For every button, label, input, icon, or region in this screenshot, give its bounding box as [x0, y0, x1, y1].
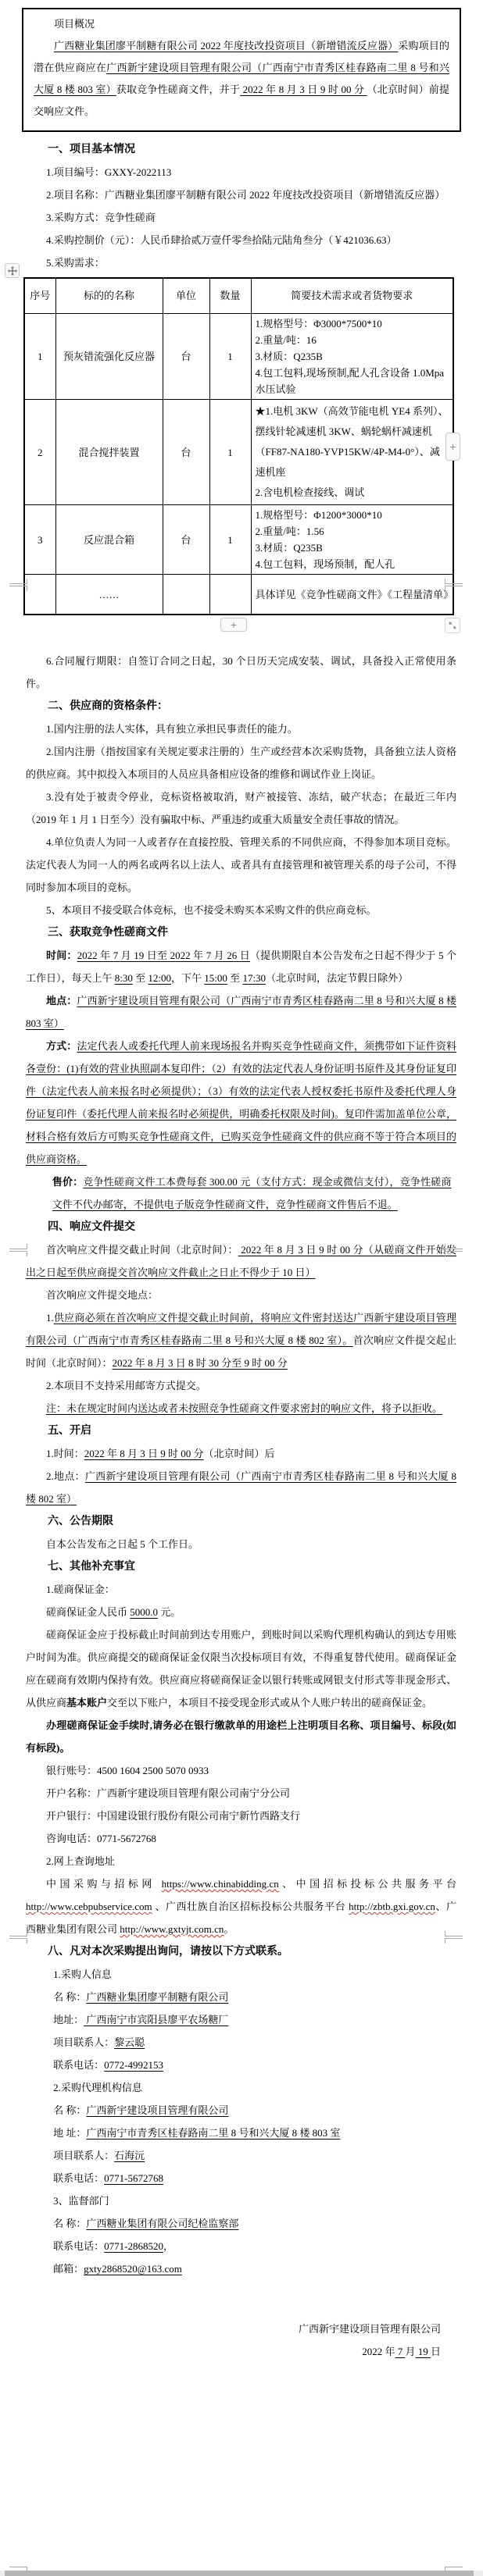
text-run: 5000.0	[130, 1606, 158, 1618]
paragraph: 磋商保证金应于投标截止时间前到达专用账户，到账时间以采购代理机构确认的到达专用账…	[26, 1623, 456, 1714]
text-run: 月	[405, 2346, 415, 2357]
url-text: http://zbtb.gxi.gov.cn	[349, 1901, 435, 1912]
text-run: 广西新宇建设项目管理有限公司（广西南宁市青秀区桂春路南二里 8 号和兴大厦 8 …	[26, 995, 456, 1029]
paragraph: 方式：法定代表人或委托代理人前来现场报名并购买竞争性磋商文件，须携带如下证件资料…	[26, 1035, 456, 1170]
text-run: 项目联系人：	[53, 2036, 114, 2048]
paragraph: 1.供应商必须在首次响应文件提交截止时间前，将响应文件密封送达广西新宇建设项目管…	[26, 1306, 456, 1374]
section-heading: 七、其他补充事宜	[26, 1555, 456, 1578]
section-heading: 四、响应文件提交	[26, 1216, 456, 1238]
table-cell: 台	[163, 505, 209, 575]
paragraph: 银行账号：4500 1604 2500 5070 0933	[26, 1759, 456, 1782]
text-run: 中国采购与招标网	[46, 1878, 162, 1890]
text-run: 黎云聪	[114, 2036, 145, 2048]
text-run: 广西糖业集团廖平制糖有限公司	[86, 1991, 228, 2003]
text-run: 售价：	[52, 1176, 84, 1188]
text-run: 2.地点：	[46, 1470, 85, 1482]
horizontal-scrollbar[interactable]	[0, 2571, 483, 2576]
paragraph: 项目联系人：黎云聪	[26, 2031, 456, 2054]
paragraph: 2.地点：广西新宇建设项目管理有限公司（广西南宁市青秀区桂春路南二里 8 号和兴…	[26, 1465, 456, 1510]
paragraph: 联系电话：0771-5672768	[26, 2167, 456, 2189]
text-run: 广西糖业集团廖平制糖有限公司 2022 年度技改投资项目（新增错流反应器）	[54, 40, 398, 52]
url-text: http://www.gxtyjt.com.cn	[120, 1923, 224, 1935]
paragraph: 地 址：广西南宁市青秀区桂春路南二里 8 号和兴大厦 8 楼 803 室	[26, 2122, 456, 2144]
paragraph: 售价：竞争性磋商文件工本费每套 300.00 元（支付方式：现金或微信支付），竞…	[52, 1170, 452, 1216]
paragraph: 4.采购控制价（元）：人民币肆拾贰万壹仟零叁拾陆元陆角叁分（￥421036.63…	[26, 229, 456, 251]
text-run: 元。	[158, 1606, 181, 1618]
text-run: 、中国招标投标公共服务平台	[279, 1878, 456, 1890]
text-run: 7	[395, 2346, 405, 2357]
procurement-table-wrap: 序号标的的名称单位数量简要技术需求或者货物要求 1预灰错流强化反应器台11.规格…	[23, 277, 453, 615]
text-run: 0772-4992153	[104, 2059, 163, 2071]
table-cell: 2	[24, 400, 55, 505]
text-run: 1.时间：	[46, 1448, 84, 1459]
table-cell: 混合搅拌装置	[55, 400, 163, 505]
table-header-row: 序号标的的名称单位数量简要技术需求或者货物要求	[24, 278, 453, 314]
text-run: 名 称：	[53, 2218, 86, 2229]
text-run: 广西新宇建设项目管理有限公司	[86, 2104, 228, 2116]
table-row: 3反应混合箱台11.规格型号：Φ1200*3000*102.重量/吨：1.563…	[24, 505, 453, 575]
section-heading: 六、公告期限	[26, 1510, 456, 1533]
text-run: 15:00	[204, 972, 227, 984]
text-run: 邮箱：	[53, 2263, 84, 2275]
overview-paragraph: 广西糖业集团廖平制糖有限公司 2022 年度技改投资项目（新增错流反应器）采购项…	[34, 35, 449, 123]
table-cell: ……	[55, 575, 163, 615]
paragraph: 时间：2022 年 7 月 19 日至 2022 年 7 月 26 日（提供期限…	[26, 944, 456, 989]
text-run: 首次响应文件提交截止时间（北京时间）：	[46, 1244, 238, 1256]
paragraph: 4.单位负责人为同一人或者存在直接控股、管理关系的不同供应商，不得参加本项目竞标…	[26, 831, 456, 899]
table-cell: 台	[163, 400, 209, 505]
text-run: 12:00	[148, 972, 171, 984]
table-row: 2混合搅拌装置台1★1.电机 3KW（高效节能电机 YE4 系列）、摆线针轮减速…	[24, 400, 453, 505]
table-column-header: 标的的名称	[55, 278, 163, 314]
text-run: 2.含电机检查接线、调试	[256, 486, 365, 498]
text-run: 至	[227, 972, 243, 984]
text-run: 石海沅	[114, 2150, 145, 2161]
text-run: 17:30	[242, 972, 266, 984]
text-run: 广西南宁市青秀区桂春路南二里 8 号和兴大厦 8 楼 803 室	[86, 2127, 340, 2139]
paragraph: 办理磋商保证金手续时,请务必在银行缴款单的用途栏上注明项目名称、项目编号、标段(…	[26, 1714, 456, 1759]
section-heading: 五、开启	[26, 1420, 456, 1442]
text-run: （北京时间）后	[204, 1448, 275, 1459]
text-run: ★1.电机 3KW（高效节能电机 YE4 系列）、摆线针轮减速机 3KW、蜗轮蜗…	[256, 405, 449, 478]
paragraph: 咨询电话：0771-5672768	[26, 1827, 456, 1850]
text-run: 具体详见《竞争性磋商文件》《工程量清单》	[256, 589, 454, 600]
paragraph: 1.时间：2022 年 8 月 3 日 9 时 00 分（北京时间）后	[26, 1442, 456, 1465]
text-run: 基本账户	[66, 1697, 107, 1708]
text-run: 3.材质：Q235B	[256, 542, 323, 554]
table-add-column-button[interactable]: +	[445, 433, 460, 461]
text-run: 0771-2868520	[104, 2240, 163, 2252]
paragraph: 开户银行：中国建设银行股份有限公司南宁新竹西路支行	[26, 1805, 456, 1827]
table-cell: 1	[209, 400, 251, 505]
text-run: 广西南宁市宾阳县廖平农场糖厂	[84, 2014, 228, 2026]
text-run: 4.包工包料,现场预制,配人孔含设备 1.0Mpa水压试验	[256, 367, 445, 395]
text-run: 联系电话：	[53, 2240, 104, 2252]
table-cell-requirements: ★1.电机 3KW（高效节能电机 YE4 系列）、摆线针轮减速机 3KW、蜗轮蜗…	[251, 400, 453, 505]
text-run: 地点：	[46, 995, 77, 1007]
table-cell: 反应混合箱	[55, 505, 163, 575]
text-run: （北京时间，法定节假日除外）	[266, 972, 408, 984]
url-text: http://www.cebpubservice.com	[26, 1901, 152, 1912]
table-cell	[24, 575, 55, 615]
table-cell-requirements: 1.规格型号：Φ3000*7500*102.重量/吨：163.材质：Q235B4…	[251, 314, 453, 400]
table-column-header: 序号	[24, 278, 55, 314]
text-run: 1.规格型号：Φ3000*7500*10	[256, 318, 382, 330]
paragraph: 注：未在规定时间内送达或者未按照竞争性磋商文件要求密封的响应文件，将予以拒收。	[26, 1397, 456, 1420]
text-run: 2.重量/吨：16	[256, 334, 317, 346]
text-run: 获取竞争性磋商文件，并于	[116, 84, 240, 95]
four-way-arrow-icon	[8, 266, 17, 276]
paragraph: 1.国内注册的法人实体，具有独立承担民事责任的能力。	[26, 718, 456, 740]
text-run: 广西新宇建设项目管理有限公司（广西南宁市青秀区桂春路南二里 8 号和兴大厦 8 …	[26, 1470, 456, 1505]
section-heading: 八、凡对本次采购提出询问，请按以下方式联系。	[26, 1940, 456, 1963]
paragraph: 邮箱：gxty2868520@163.com	[26, 2257, 456, 2280]
paragraph: 5.采购需求：	[26, 251, 456, 274]
text-run: 8:30	[115, 972, 133, 984]
text-run: 联系电话：	[53, 2059, 104, 2071]
text-run: 时间：	[46, 950, 77, 961]
diagonal-resize-icon	[448, 621, 457, 630]
table-cell	[163, 575, 209, 615]
text-run: 广西糖业集团有限公司纪检监察部	[86, 2218, 238, 2229]
paragraph: 名 称：广西糖业集团有限公司纪检监察部	[26, 2212, 456, 2235]
paragraph: 3、监督部门	[26, 2189, 456, 2212]
overview-title: 项目概况	[34, 12, 449, 35]
table-column-header: 简要技术需求或者货物要求	[251, 278, 453, 314]
paragraph: 联系电话：0771-2868520，	[26, 2235, 456, 2257]
paragraph: 3.没有处于被责令停业，竞标资格被取消，财产被接管、冻结，破产状态；在最近三年内…	[26, 786, 456, 831]
table-cell	[209, 575, 251, 615]
text-run: 4.包工包料，现场预制，配人孔	[256, 558, 395, 570]
scrollbar-thumb[interactable]	[5, 2571, 474, 2576]
url-text: https://www.chinabidding.cn	[162, 1878, 279, 1890]
text-run: 名 称：	[53, 1991, 86, 2003]
paragraph: 地点：广西新宇建设项目管理有限公司（广西南宁市青秀区桂春路南二里 8 号和兴大厦…	[26, 989, 456, 1035]
table-move-handle[interactable]	[5, 263, 20, 278]
text-run: 1.规格型号：Φ1200*3000*10	[256, 509, 382, 521]
paragraph: 1.磋商保证金：	[26, 1578, 456, 1601]
section-heading: 二、供应商的资格条件：	[26, 695, 456, 718]
text-run: 项目联系人：	[53, 2150, 114, 2161]
text-run: 磋商保证金人民币	[46, 1606, 130, 1618]
text-run: 、广西壮族自治区招标投标公共服务平台	[152, 1901, 349, 1912]
paragraph: 1.项目编号：GXXY-2022113	[26, 161, 456, 183]
paragraph: 2.网上查询地址	[26, 1850, 456, 1872]
text-run: 2022 年 8 月 3 日 9 时 00 分	[84, 1448, 204, 1459]
spacer	[26, 2280, 456, 2318]
text-run: 2022 年 8 月 3 日 9 时 00 分	[240, 84, 367, 95]
table-resize-handle[interactable]	[445, 618, 460, 633]
table-cell-requirements: 1.规格型号：Φ1200*3000*102.重量/吨：1.563.材质：Q235…	[251, 505, 453, 575]
table-cell: 1	[24, 314, 55, 400]
project-overview-box: 项目概况广西糖业集团廖平制糖有限公司 2022 年度技改投资项目（新增错流反应器…	[22, 8, 461, 132]
paragraph: 6.合同履行期限：自签订合同之日起，30 个日历天完成安装、调试，具备投入正常使…	[26, 650, 456, 695]
paragraph: 2.采购代理机构信息	[26, 2076, 456, 2099]
signature-company: 广西新宇建设项目管理有限公司	[26, 2318, 456, 2340]
table-cell: 3	[24, 505, 55, 575]
text-run: 2.重量/吨：1.56	[256, 526, 324, 537]
paragraph: 名 称：广西糖业集团廖平制糖有限公司	[26, 1986, 456, 2008]
signature-date: 2022 年 7 月 19 日	[26, 2340, 456, 2363]
paragraph: 名 称：广西新宇建设项目管理有限公司	[26, 2099, 456, 2122]
text-run: 地址：	[53, 2014, 84, 2026]
table-cell-requirements: 具体详见《竞争性磋商文件》《工程量清单》	[251, 575, 453, 615]
paragraph: 中国采购与招标网 https://www.chinabidding.cn、中国招…	[26, 1872, 456, 1940]
paragraph: 3.采购方式：竞争性磋商	[26, 206, 456, 229]
text-run: 方式：	[46, 1040, 77, 1052]
text-run: 1.	[46, 1312, 54, 1324]
section-heading: 三、获取竞争性磋商文件	[26, 921, 456, 944]
section-heading: 一、项目基本情况	[26, 138, 456, 161]
table-cell: 台	[163, 314, 209, 400]
text-run: 名 称：	[53, 2104, 86, 2116]
paragraph: 2.本项目不支持采用邮寄方式提交。	[26, 1374, 456, 1397]
paragraph: 2.项目名称：广西糖业集团廖平制糖有限公司 2022 年度技改投资项目（新增错流…	[26, 183, 456, 206]
table-column-header: 数量	[209, 278, 251, 314]
paragraph: 联系电话：0772-4992153	[26, 2054, 456, 2076]
text-run: 日	[431, 2346, 441, 2357]
paragraph: 项目联系人：石海沅	[26, 2144, 456, 2167]
text-run: 交至以下账户，本项目不接受现金形式或从个人账户转出的磋商保证金。	[107, 1697, 432, 1708]
paragraph: 开户名称：广西新宇建设项目管理有限公司南宁分公司	[26, 1782, 456, 1805]
text-run: 19	[415, 2346, 431, 2357]
text-run: 办理磋商保证金手续时,请务必在银行缴款单的用途栏上注明项目名称、项目编号、标段(…	[26, 1719, 456, 1754]
table-cell: 1	[209, 505, 251, 575]
table-row: ……具体详见《竞争性磋商文件》《工程量清单》	[24, 575, 453, 615]
table-cell: 1	[209, 314, 251, 400]
paragraph: 自本公告发布之日起 5 个工作日。	[26, 1533, 456, 1555]
text-run: 2022 年 7 月 19 日至 2022 年 7 月 26 日	[77, 950, 250, 961]
table-column-header: 单位	[163, 278, 209, 314]
paragraph: 首次响应文件提交截止时间（北京时间）： 2022 年 8 月 3 日 9 时 0…	[26, 1238, 456, 1284]
paragraph: 磋商保证金人民币 5000.0 元。	[26, 1601, 456, 1623]
text-run: 竞争性磋商文件工本费每套 300.00 元（支付方式：现金或微信支付），竞争性磋…	[52, 1176, 452, 1210]
text-run: 。	[224, 1923, 234, 1935]
text-run: ，	[163, 2240, 174, 2252]
text-run: gxty2868520@163.com	[84, 2263, 182, 2275]
text-run: 注：未在规定时间内送达或者未按照竞争性磋商文件要求密封的响应文件，将予以拒收。	[46, 1402, 442, 1414]
text-run: 地 址：	[53, 2127, 86, 2139]
procurement-table: 序号标的的名称单位数量简要技术需求或者货物要求 1预灰错流强化反应器台11.规格…	[23, 277, 454, 615]
text-run: 法定代表人或委托代理人前来现场报名并购买竞争性磋商文件，须携带如下证件资料各壹份…	[26, 1040, 456, 1165]
paragraph: 地址： 广西南宁市宾阳县廖平农场糖厂	[26, 2008, 456, 2031]
table-row: 1预灰错流强化反应器台11.规格型号：Φ3000*7500*102.重量/吨：1…	[24, 314, 453, 400]
text-run: ，下午	[171, 972, 204, 984]
paragraph: 2.国内注册（指按国家有关规定要求注册的）生产或经营本次采购货物，具备独立法人资…	[26, 740, 456, 786]
document-page: 项目概况广西糖业集团廖平制糖有限公司 2022 年度技改投资项目（新增错流反应器…	[0, 0, 483, 2576]
table-cell: 预灰错流强化反应器	[55, 314, 163, 400]
text-run: 2022 年	[362, 2346, 395, 2357]
text-run: 0771-5672768	[104, 2172, 163, 2184]
text-run: 3.材质：Q235B	[256, 351, 323, 362]
paragraph: 首次响应文件提交地点：	[26, 1284, 456, 1306]
text-run: 联系电话：	[53, 2172, 104, 2184]
text-run: 至	[133, 972, 148, 984]
text-run: 2022 年 8 月 3 日 8 时 30 分至 9 时 00 分	[113, 1357, 288, 1369]
paragraph: 1.采购人信息	[26, 1963, 456, 1986]
table-add-row-button[interactable]: +	[220, 618, 247, 632]
paragraph: 5、本项目不接受联合体竞标，也不接受未购买本采购文件的供应商竞标。	[26, 899, 456, 921]
document-blocks: 项目概况广西糖业集团廖平制糖有限公司 2022 年度技改投资项目（新增错流反应器…	[26, 0, 456, 2363]
